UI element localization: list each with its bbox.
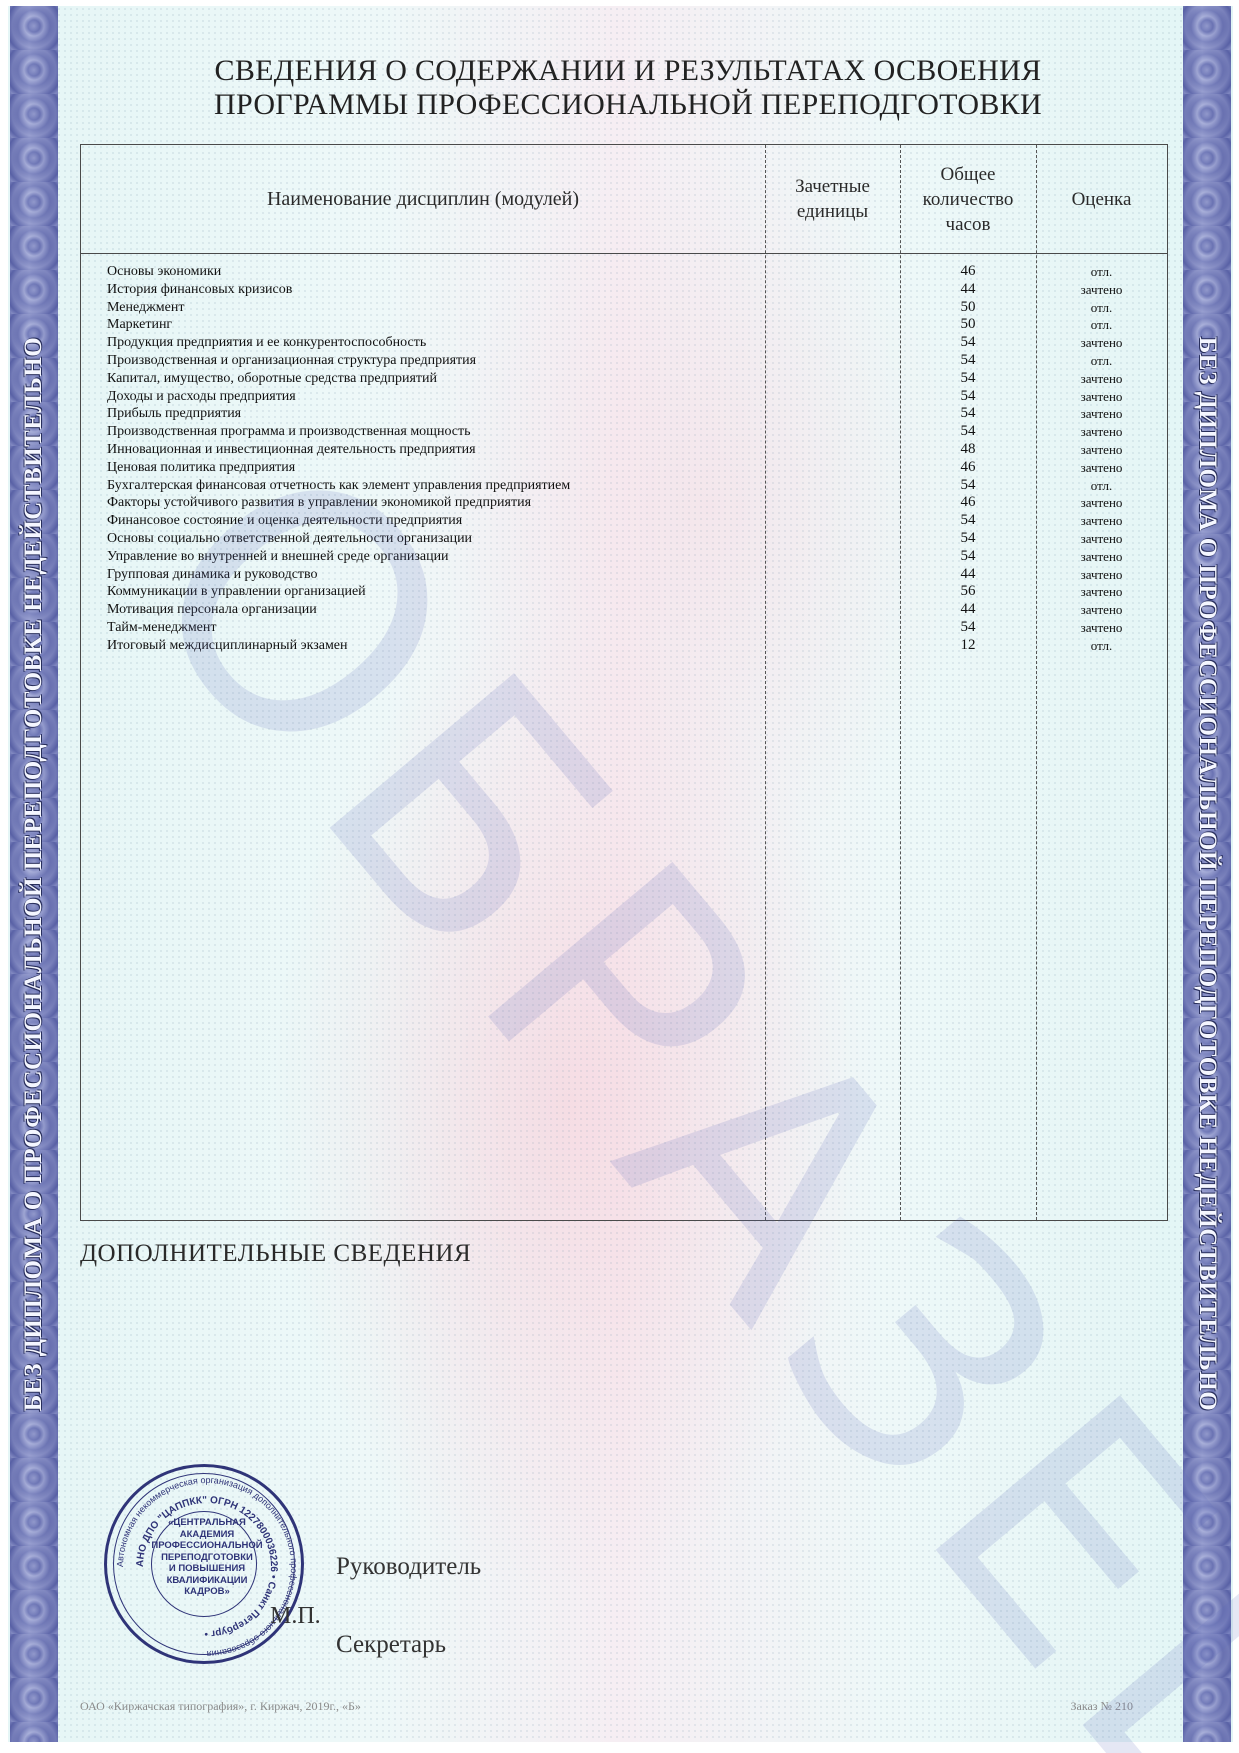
seal-center-line: ПЕРЕПОДГОТОВКИ: [151, 1552, 263, 1564]
discipline-name: История финансовых кризисов: [107, 281, 292, 299]
table-row: Производственная и организационная струк…: [81, 352, 1167, 370]
discipline-name: Менеджмент: [107, 299, 184, 317]
table-row: Основы экономики46отл.: [81, 263, 1167, 281]
grade-value: зачтено: [1036, 388, 1167, 406]
seal-center-line: И ПОВЫШЕНИЯ: [151, 1563, 263, 1575]
header-grade: Оценка: [1036, 145, 1167, 253]
discipline-name: Итоговый междисциплинарный экзамен: [107, 637, 348, 655]
seal-center-line: ПРОФЕССИОНАЛЬНОЙ: [151, 1540, 263, 1552]
table-row: Капитал, имущество, оборотные средства п…: [81, 370, 1167, 388]
table-row: Мотивация персонала организации44зачтено: [81, 601, 1167, 619]
discipline-name: Групповая динамика и руководство: [107, 566, 318, 584]
discipline-name: Тайм-менеджмент: [107, 619, 217, 637]
grade-value: зачтено: [1036, 281, 1167, 299]
table-row: Прибыль предприятия54зачтено: [81, 405, 1167, 423]
printer-imprint: ОАО «Киржачская типография», г. Киржач, …: [80, 1699, 361, 1714]
hours-value: 46: [900, 494, 1036, 512]
grade-value: зачтено: [1036, 566, 1167, 584]
hours-value: 54: [900, 619, 1036, 637]
left-border-text: БЕЗ ДИПЛОМА О ПРОФЕССИОНАЛЬНОЙ ПЕРЕПОДГО…: [20, 337, 48, 1411]
grade-value: отл.: [1036, 316, 1167, 334]
discipline-name: Мотивация персонала организации: [107, 601, 317, 619]
left-security-border: БЕЗ ДИПЛОМА О ПРОФЕССИОНАЛЬНОЙ ПЕРЕПОДГО…: [10, 6, 58, 1742]
seal-place-label: М.П.: [270, 1603, 321, 1630]
table-row: История финансовых кризисов44зачтено: [81, 281, 1167, 299]
grade-value: зачтено: [1036, 601, 1167, 619]
hours-value: 54: [900, 405, 1036, 423]
grade-value: отл.: [1036, 263, 1167, 281]
discipline-name: Прибыль предприятия: [107, 405, 241, 423]
grade-value: зачтено: [1036, 441, 1167, 459]
discipline-name: Финансовое состояние и оценка деятельнос…: [107, 512, 462, 530]
discipline-name: Производственная программа и производств…: [107, 423, 471, 441]
additional-info-title: ДОПОЛНИТЕЛЬНЫЕ СВЕДЕНИЯ: [80, 1240, 471, 1268]
official-seal: Автономная некоммерческая организация до…: [104, 1464, 304, 1664]
hours-value: 56: [900, 583, 1036, 601]
grade-value: зачтено: [1036, 370, 1167, 388]
diploma-supplement-page: БЕЗ ДИПЛОМА О ПРОФЕССИОНАЛЬНОЙ ПЕРЕПОДГО…: [8, 6, 1233, 1742]
grade-value: зачтено: [1036, 530, 1167, 548]
discipline-name: Коммуникации в управлении организацией: [107, 583, 366, 601]
table-row: Доходы и расходы предприятия54зачтено: [81, 388, 1167, 406]
grade-value: зачтено: [1036, 512, 1167, 530]
hours-value: 44: [900, 566, 1036, 584]
title-line-1: СВЕДЕНИЯ О СОДЕРЖАНИИ И РЕЗУЛЬТАТАХ ОСВО…: [158, 54, 1098, 88]
table-row: Итоговый междисциплинарный экзамен12отл.: [81, 637, 1167, 655]
grade-value: отл.: [1036, 299, 1167, 317]
grade-value: зачтено: [1036, 423, 1167, 441]
hours-value: 54: [900, 477, 1036, 495]
seal-center-line: «ЦЕНТРАЛЬНАЯ: [151, 1517, 263, 1529]
head-signature-label: Руководитель: [336, 1553, 481, 1581]
seal-center-line: КАДРОВ»: [151, 1586, 263, 1598]
hours-value: 12: [900, 637, 1036, 655]
table-row: Производственная программа и производств…: [81, 423, 1167, 441]
hours-value: 54: [900, 352, 1036, 370]
title-line-2: ПРОГРАММЫ ПРОФЕССИОНАЛЬНОЙ ПЕРЕПОДГОТОВК…: [158, 88, 1098, 122]
header-credits: Зачетные единицы: [765, 145, 900, 253]
hours-value: 48: [900, 441, 1036, 459]
header-divider: [81, 253, 1167, 254]
grade-value: зачтено: [1036, 583, 1167, 601]
grade-value: зачтено: [1036, 334, 1167, 352]
table-row: Менеджмент50отл.: [81, 299, 1167, 317]
hours-value: 54: [900, 512, 1036, 530]
header-total-hours: Общее количество часов: [900, 145, 1036, 253]
grade-value: зачтено: [1036, 459, 1167, 477]
hours-value: 54: [900, 548, 1036, 566]
discipline-name: Маркетинг: [107, 316, 172, 334]
table-row: Тайм-менеджмент54зачтено: [81, 619, 1167, 637]
seal-center-line: АКАДЕМИЯ: [151, 1529, 263, 1541]
header-discipline-name: Наименование дисциплин (модулей): [81, 145, 765, 253]
grade-value: зачтено: [1036, 405, 1167, 423]
right-security-border: БЕЗ ДИПЛОМА О ПРОФЕССИОНАЛЬНОЙ ПЕРЕПОДГО…: [1183, 6, 1231, 1742]
discipline-name: Бухгалтерская финансовая отчетность как …: [107, 477, 570, 495]
table-row: Финансовое состояние и оценка деятельнос…: [81, 512, 1167, 530]
discipline-name: Продукция предприятия и ее конкурентоспо…: [107, 334, 426, 352]
seal-center-line: КВАЛИФИКАЦИИ: [151, 1575, 263, 1587]
table-row: Бухгалтерская финансовая отчетность как …: [81, 477, 1167, 495]
table-row: Продукция предприятия и ее конкурентоспо…: [81, 334, 1167, 352]
order-number: Заказ № 210: [1070, 1699, 1133, 1714]
table-row: Ценовая политика предприятия46зачтено: [81, 459, 1167, 477]
table-row: Управление во внутренней и внешней среде…: [81, 548, 1167, 566]
table-row: Коммуникации в управлении организацией56…: [81, 583, 1167, 601]
grade-value: зачтено: [1036, 494, 1167, 512]
table-row: Факторы устойчивого развития в управлени…: [81, 494, 1167, 512]
page-title: СВЕДЕНИЯ О СОДЕРЖАНИИ И РЕЗУЛЬТАТАХ ОСВО…: [158, 54, 1098, 122]
discipline-name: Основы экономики: [107, 263, 221, 281]
hours-value: 50: [900, 316, 1036, 334]
hours-value: 54: [900, 530, 1036, 548]
discipline-name: Ценовая политика предприятия: [107, 459, 295, 477]
discipline-name: Инновационная и инвестиционная деятельно…: [107, 441, 476, 459]
table-row: Основы социально ответственной деятельно…: [81, 530, 1167, 548]
hours-value: 44: [900, 601, 1036, 619]
discipline-name: Основы социально ответственной деятельно…: [107, 530, 472, 548]
discipline-name: Производственная и организационная струк…: [107, 352, 476, 370]
discipline-name: Факторы устойчивого развития в управлени…: [107, 494, 531, 512]
table-row: Маркетинг50отл.: [81, 316, 1167, 334]
hours-value: 50: [900, 299, 1036, 317]
table-row: Групповая динамика и руководство44зачтен…: [81, 566, 1167, 584]
seal-center-text: «ЦЕНТРАЛЬНАЯАКАДЕМИЯПРОФЕССИОНАЛЬНОЙПЕРЕ…: [151, 1517, 263, 1598]
table-body: Основы экономики46отл.История финансовых…: [81, 263, 1167, 655]
hours-value: 46: [900, 459, 1036, 477]
hours-value: 44: [900, 281, 1036, 299]
disciplines-table: Наименование дисциплин (модулей) Зачетны…: [80, 144, 1168, 1221]
discipline-name: Доходы и расходы предприятия: [107, 388, 296, 406]
grade-value: отл.: [1036, 477, 1167, 495]
hours-value: 54: [900, 423, 1036, 441]
hours-value: 46: [900, 263, 1036, 281]
grade-value: зачтено: [1036, 619, 1167, 637]
hours-value: 54: [900, 334, 1036, 352]
grade-value: отл.: [1036, 352, 1167, 370]
discipline-name: Управление во внутренней и внешней среде…: [107, 548, 449, 566]
right-border-text: БЕЗ ДИПЛОМА О ПРОФЕССИОНАЛЬНОЙ ПЕРЕПОДГО…: [1193, 337, 1221, 1411]
hours-value: 54: [900, 388, 1036, 406]
secretary-signature-label: Секретарь: [336, 1631, 446, 1659]
discipline-name: Капитал, имущество, оборотные средства п…: [107, 370, 437, 388]
table-row: Инновационная и инвестиционная деятельно…: [81, 441, 1167, 459]
hours-value: 54: [900, 370, 1036, 388]
grade-value: отл.: [1036, 637, 1167, 655]
grade-value: зачтено: [1036, 548, 1167, 566]
